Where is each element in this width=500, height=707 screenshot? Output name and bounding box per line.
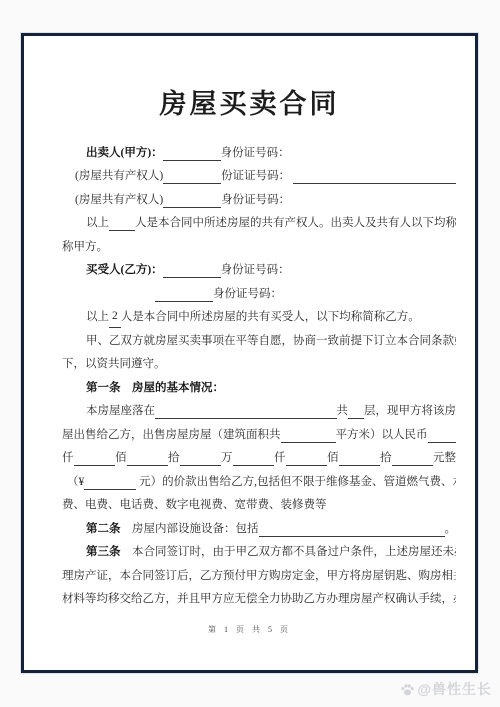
contract-text: 身份证号码：	[221, 190, 290, 211]
contract-text: （¥	[67, 472, 84, 493]
contract-line: 材料等均移交给乙方，并且甲方应无偿全力协助乙方办理房屋产权确认手续，办	[62, 587, 456, 611]
blank-field	[339, 452, 381, 466]
contract-line: (房屋共有产权人)身份证号码：	[62, 187, 456, 211]
contract-text: 拾	[168, 448, 180, 469]
watermark-text: @兽性生长	[417, 679, 492, 699]
blank-field	[286, 452, 328, 466]
blank-field	[74, 452, 116, 466]
contract-text: 第三条	[86, 542, 121, 563]
contract-text: 材料等均移交给乙方，并且甲方应无偿全力协助乙方办理房屋产权确认手续，办	[62, 589, 456, 610]
contract-text: 身份证号码：	[221, 260, 290, 281]
contract-text: 人是本合同中所述房屋的共有产权人。出卖人及共有人以下均称简	[135, 213, 456, 234]
contract-text: 元）的价款出售给乙方,包括但不限于维修基金、管道燃气费、水	[136, 472, 456, 493]
contract-text: 屋出售给乙方，出售房屋房屋（建筑面积共	[62, 425, 281, 446]
contract-body: 出卖人(甲方)：身份证号码：(房屋共有产权人)份证证号码： (房屋共有产权人)身…	[62, 140, 456, 610]
blank-field	[392, 452, 434, 466]
blank-field	[163, 194, 221, 208]
contract-text: 身份证号码：	[213, 284, 282, 305]
contract-line: 出卖人(甲方)：身份证号码：	[62, 140, 456, 164]
blank-field	[293, 170, 456, 184]
contract-text: 拾	[380, 448, 392, 469]
blank-field	[163, 264, 221, 278]
blank-field	[163, 147, 221, 161]
contract-line: 第一条 房屋的基本情况：	[62, 375, 456, 399]
filled-number: 2	[109, 306, 121, 328]
contract-text: 人是本合同中所述房屋的共有买受人，以下均称简称乙方。	[121, 307, 420, 328]
contract-text: 买受人(乙方)：	[86, 260, 163, 281]
blank-field	[155, 288, 213, 302]
contract-text: 甲、乙双方就房屋买卖事项在平等自愿，协商一致前提下订立本合同条款如	[86, 331, 456, 352]
contract-text: 仟	[274, 448, 286, 469]
contract-line: 以上2人是本合同中所述房屋的共有买受人，以下均称简称乙方。	[62, 305, 456, 329]
contract-text: 仟	[62, 448, 74, 469]
blank-field	[109, 217, 135, 231]
contract-line: 以上人是本合同中所述房屋的共有产权人。出卖人及共有人以下均称简	[62, 211, 456, 235]
contract-line: 屋出售给乙方，出售房屋房屋（建筑面积共平方米）以人民币	[62, 422, 456, 446]
blank-field	[127, 452, 169, 466]
blank-field	[259, 523, 445, 537]
contract-sheet: 房屋买卖合同 出卖人(甲方)：身份证号码：(房屋共有产权人)份证证号码： (房屋…	[21, 33, 478, 673]
contract-text: 共	[337, 401, 349, 422]
contract-line: （¥ 元）的价款出售给乙方,包括但不限于维修基金、管道燃气费、水	[62, 469, 456, 493]
contract-text: 下，以资共同遵守。	[62, 354, 166, 375]
contract-line: 买受人(乙方)：身份证号码：	[62, 258, 456, 282]
contract-line: 本房屋座落在共层，现甲方将该房	[62, 399, 456, 423]
contract-text: 费、电费、电话费、数字电视费、宽带费、装修费等	[62, 495, 327, 516]
contract-text: 层，现甲方将该房	[364, 401, 456, 422]
contract-title: 房屋买卖合同	[24, 82, 475, 121]
contract-text: 身份证号码：	[221, 143, 290, 164]
contract-line: 费、电费、电话费、数字电视费、宽带费、装修费等	[62, 493, 456, 517]
contract-line: 下，以资共同遵守。	[62, 352, 456, 376]
contract-text: 称甲方。	[62, 237, 108, 258]
blank-field	[281, 429, 336, 443]
blank-field	[348, 405, 364, 419]
blank-field	[180, 452, 222, 466]
contract-text: 房屋内部设施设备：包括	[121, 519, 259, 540]
blank-field	[155, 405, 337, 419]
contract-text: 第一条 房屋的基本情况：	[86, 378, 224, 399]
watermark: @兽性生长	[400, 679, 492, 699]
contract-line: 理房产证，本合同签订后，乙方预付甲方购房定金，甲方将房屋钥匙、购房相关	[62, 563, 456, 587]
blank-field	[84, 476, 136, 490]
contract-text: 元整	[433, 448, 456, 469]
contract-text: 佰	[115, 448, 127, 469]
contract-text: 以上	[86, 213, 109, 234]
contract-text: 本合同签订时，由于甲乙双方都不具备过户条件，上述房屋还未办	[121, 542, 457, 563]
blank-field	[428, 429, 457, 443]
contract-text: 出卖人(甲方)：	[86, 143, 163, 164]
contract-text: 份证证号码：	[221, 166, 293, 187]
contract-line: 甲、乙双方就房屋买卖事项在平等自愿，协商一致前提下订立本合同条款如	[62, 328, 456, 352]
paw-icon	[400, 682, 415, 697]
contract-text: (房屋共有产权人)	[75, 166, 163, 187]
contract-text: 平方米）以人民币	[336, 425, 428, 446]
contract-text: 万	[221, 448, 233, 469]
blank-field	[163, 170, 221, 184]
contract-line: 仟佰拾万仟佰拾元整	[62, 446, 456, 470]
contract-line: 第三条 本合同签订时，由于甲乙双方都不具备过户条件，上述房屋还未办	[62, 540, 456, 564]
page-number: 第 1 页 共 5 页	[24, 624, 475, 635]
contract-text: 第二条	[86, 519, 121, 540]
contract-text: 理房产证，本合同签订后，乙方预付甲方购房定金，甲方将房屋钥匙、购房相关	[62, 566, 456, 587]
contract-line: 第二条 房屋内部设施设备：包括。	[62, 516, 456, 540]
blank-field	[233, 452, 275, 466]
contract-text: 本房屋座落在	[86, 401, 155, 422]
contract-text: (房屋共有产权人)	[75, 190, 163, 211]
contract-text: 佰	[327, 448, 339, 469]
contract-line: (房屋共有产权人)份证证号码：	[62, 164, 456, 188]
contract-line: 身份证号码：	[62, 281, 456, 305]
contract-text: 以上	[86, 307, 109, 328]
contract-text: 。	[445, 519, 457, 540]
contract-line: 称甲方。	[62, 234, 456, 258]
